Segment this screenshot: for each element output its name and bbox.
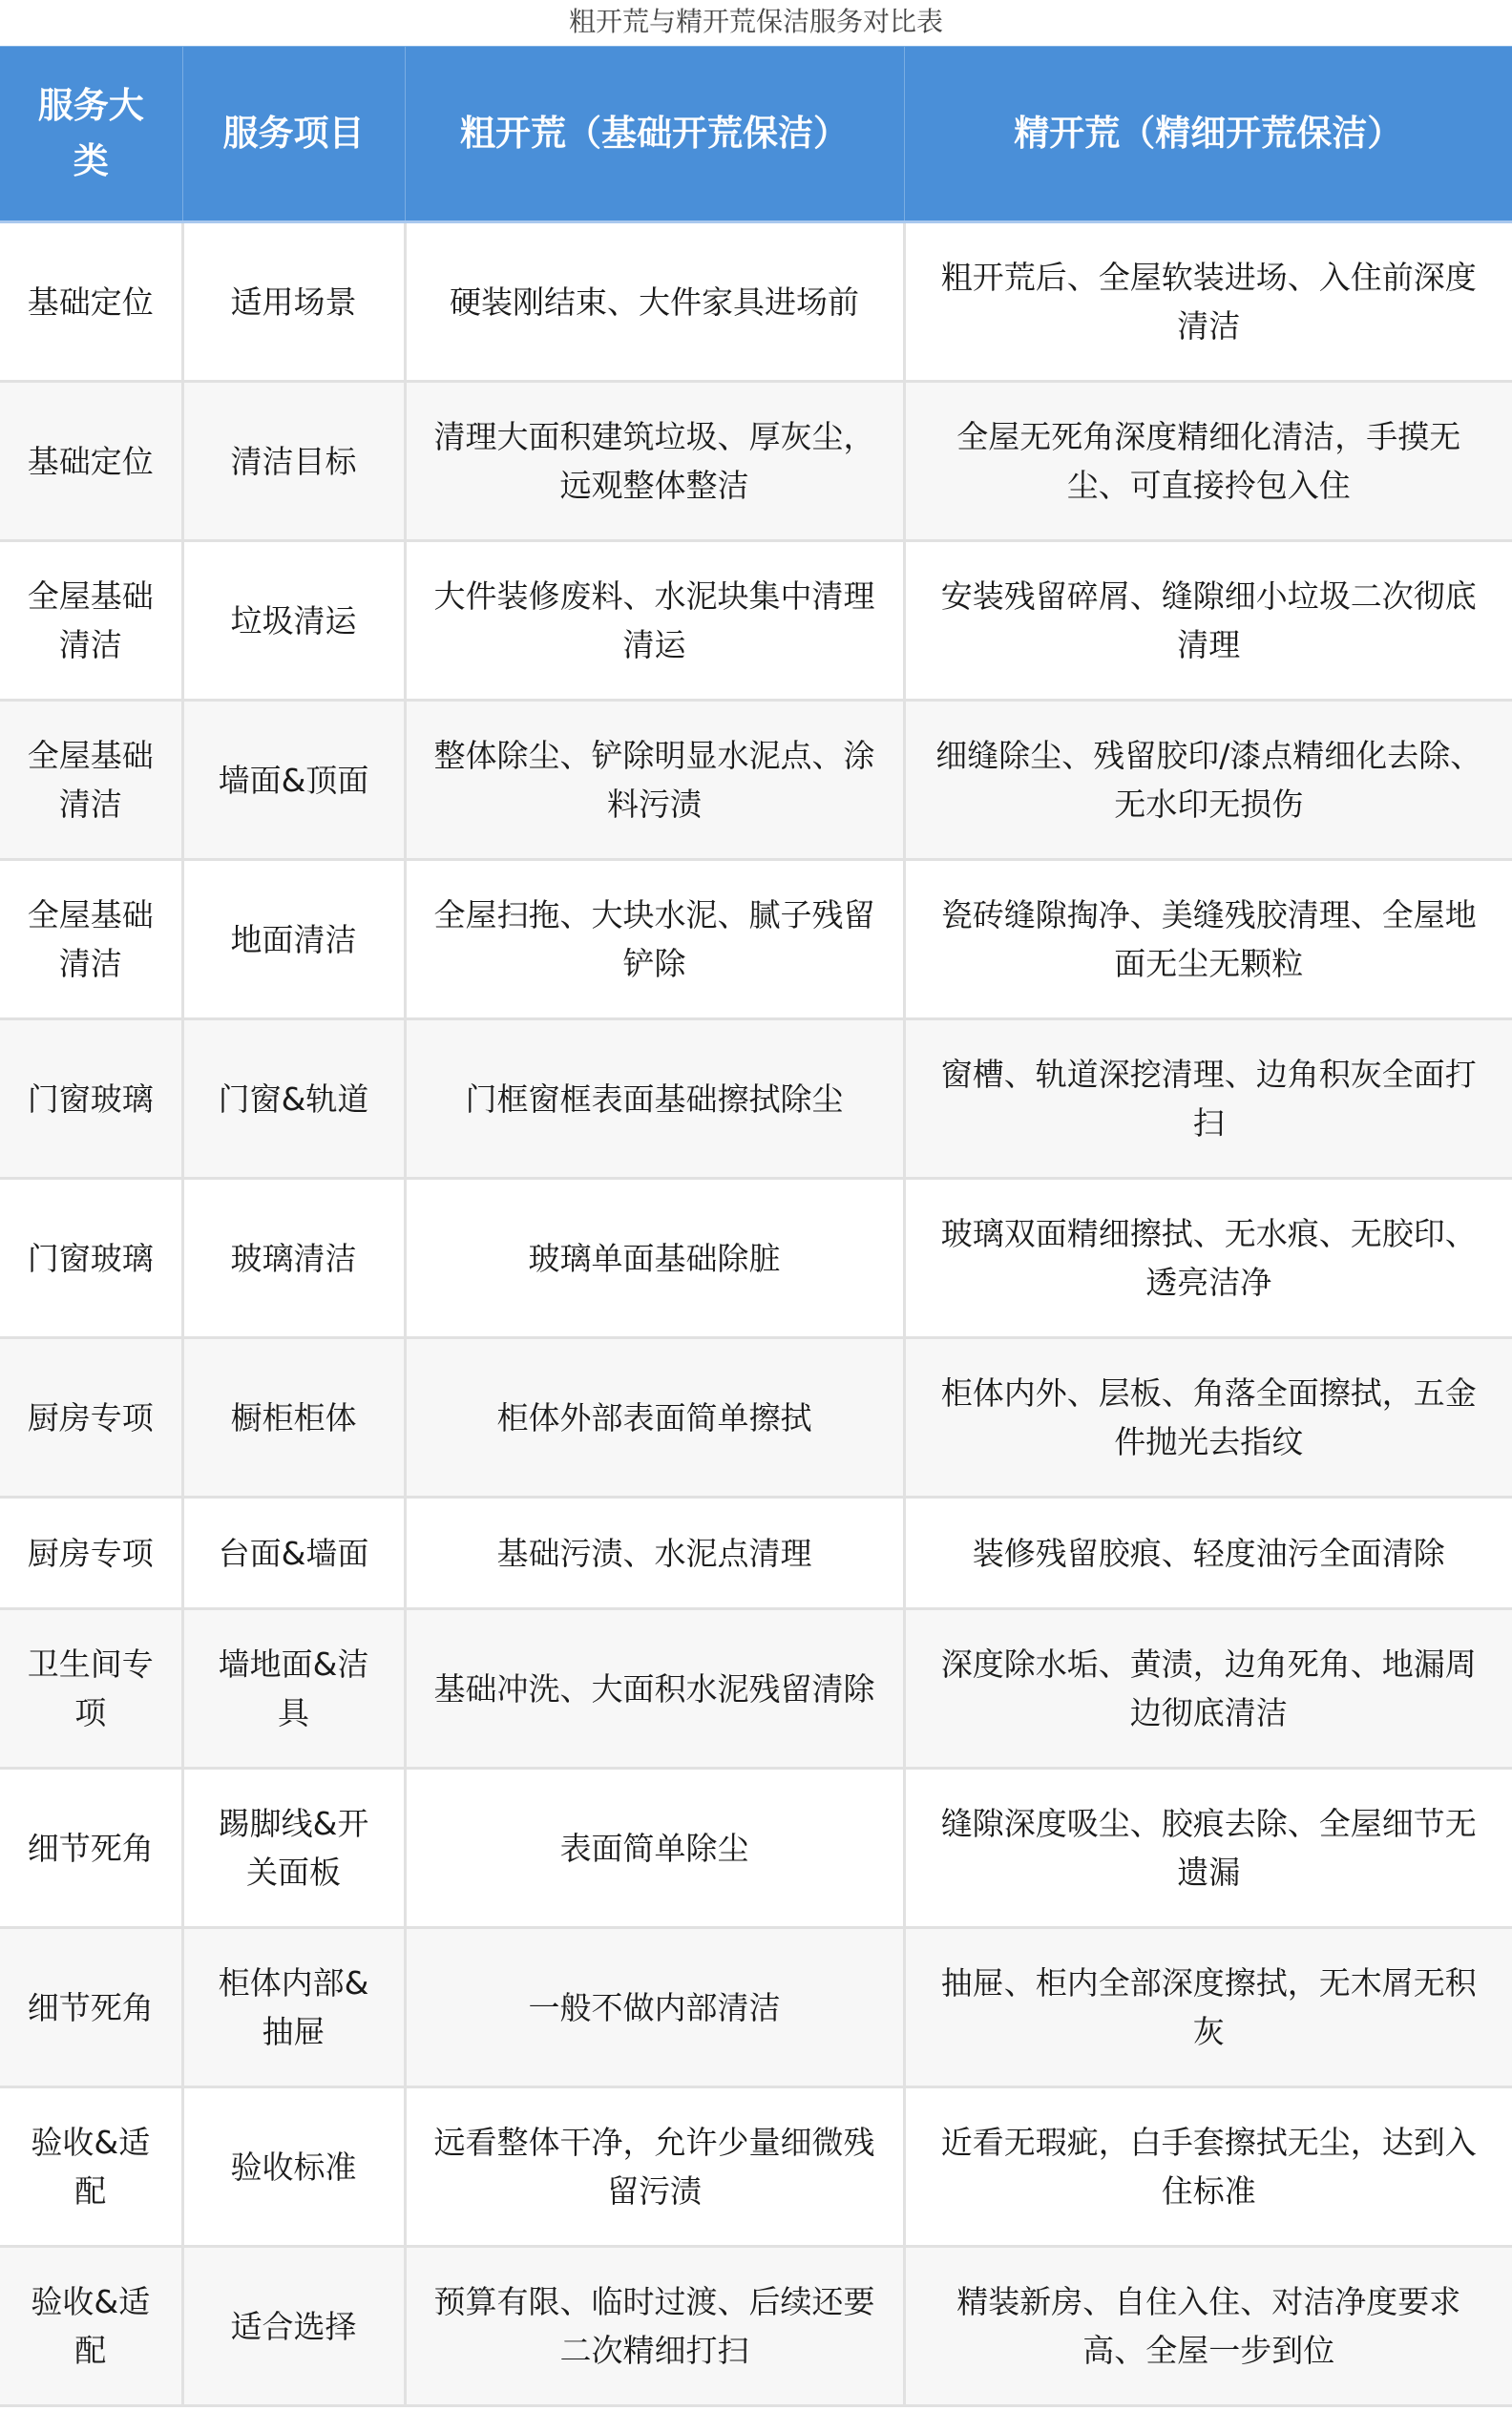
cell-category: 基础定位 [0, 382, 182, 541]
cell-basic: 整体除尘、铲除明显水泥点、涂料污渍 [405, 701, 904, 860]
cell-category: 门窗玻璃 [0, 1019, 182, 1179]
cell-item: 垃圾清运 [182, 541, 405, 701]
table-row: 细节死角 柜体内部&抽屉 一般不做内部清洁 抽屉、柜内全部深度擦拭，无木屑无积灰 [0, 1928, 1512, 2087]
cell-basic: 远看整体干净，允许少量细微残留污渍 [405, 2087, 904, 2247]
cell-category: 门窗玻璃 [0, 1179, 182, 1338]
cell-basic: 预算有限、临时过渡、后续还要二次精细打扫 [405, 2247, 904, 2406]
cell-fine: 深度除水垢、黄渍，边角死角、地漏周边彻底清洁 [904, 1609, 1512, 1769]
cell-item: 柜体内部&抽屉 [182, 1928, 405, 2087]
cell-category: 全屋基础清洁 [0, 541, 182, 701]
cell-basic: 门框窗框表面基础擦拭除尘 [405, 1019, 904, 1179]
cell-item: 门窗&轨道 [182, 1019, 405, 1179]
cell-fine: 缝隙深度吸尘、胶痕去除、全屋细节无遗漏 [904, 1769, 1512, 1928]
table-row: 厨房专项 橱柜柜体 柜体外部表面简单擦拭 柜体内外、层板、角落全面擦拭，五金件抛… [0, 1338, 1512, 1498]
cell-item: 验收标准 [182, 2087, 405, 2247]
table-row: 门窗玻璃 门窗&轨道 门框窗框表面基础擦拭除尘 窗槽、轨道深挖清理、边角积灰全面… [0, 1019, 1512, 1179]
header-service-item: 服务项目 [182, 47, 405, 222]
table-row: 门窗玻璃 玻璃清洁 玻璃单面基础除脏 玻璃双面精细擦拭、无水痕、无胶印、透亮洁净 [0, 1179, 1512, 1338]
cell-basic: 大件装修废料、水泥块集中清理清运 [405, 541, 904, 701]
cell-fine: 粗开荒后、全屋软装进场、入住前深度清洁 [904, 222, 1512, 382]
cell-fine: 窗槽、轨道深挖清理、边角积灰全面打扫 [904, 1019, 1512, 1179]
cell-category: 厨房专项 [0, 1498, 182, 1609]
cell-fine: 近看无瑕疵，白手套擦拭无尘，达到入住标准 [904, 2087, 1512, 2247]
cell-fine: 抽屉、柜内全部深度擦拭，无木屑无积灰 [904, 1928, 1512, 2087]
cell-category: 基础定位 [0, 222, 182, 382]
table-row: 全屋基础清洁 地面清洁 全屋扫拖、大块水泥、腻子残留铲除 瓷砖缝隙掏净、美缝残胶… [0, 860, 1512, 1019]
cell-category: 全屋基础清洁 [0, 701, 182, 860]
cell-category: 厨房专项 [0, 1338, 182, 1498]
cell-item: 适合选择 [182, 2247, 405, 2406]
cell-fine: 精装新房、自住入住、对洁净度要求高、全屋一步到位 [904, 2247, 1512, 2406]
cell-fine: 细缝除尘、残留胶印/漆点精细化去除、无水印无损伤 [904, 701, 1512, 860]
table-row: 卫生间专项 墙地面&洁具 基础冲洗、大面积水泥残留清除 深度除水垢、黄渍，边角死… [0, 1609, 1512, 1769]
cell-item: 清洁目标 [182, 382, 405, 541]
cell-category: 细节死角 [0, 1928, 182, 2087]
table-row: 基础定位 清洁目标 清理大面积建筑垃圾、厚灰尘，远观整体整洁 全屋无死角深度精细… [0, 382, 1512, 541]
cell-fine: 全屋无死角深度精细化清洁，手摸无尘、可直接拎包入住 [904, 382, 1512, 541]
cell-category: 验收&适配 [0, 2247, 182, 2406]
cell-fine: 安装残留碎屑、缝隙细小垃圾二次彻底清理 [904, 541, 1512, 701]
table-row: 全屋基础清洁 墙面&顶面 整体除尘、铲除明显水泥点、涂料污渍 细缝除尘、残留胶印… [0, 701, 1512, 860]
cell-basic: 基础污渍、水泥点清理 [405, 1498, 904, 1609]
table-row: 验收&适配 验收标准 远看整体干净，允许少量细微残留污渍 近看无瑕疵，白手套擦拭… [0, 2087, 1512, 2247]
table-header: 服务大类 服务项目 粗开荒（基础开荒保洁） 精开荒（精细开荒保洁） [0, 47, 1512, 222]
table-row: 细节死角 踢脚线&开关面板 表面简单除尘 缝隙深度吸尘、胶痕去除、全屋细节无遗漏 [0, 1769, 1512, 1928]
cell-basic: 清理大面积建筑垃圾、厚灰尘，远观整体整洁 [405, 382, 904, 541]
cell-item: 地面清洁 [182, 860, 405, 1019]
cell-fine: 装修残留胶痕、轻度油污全面清除 [904, 1498, 1512, 1609]
cell-basic: 硬装刚结束、大件家具进场前 [405, 222, 904, 382]
cell-category: 卫生间专项 [0, 1609, 182, 1769]
cell-item: 踢脚线&开关面板 [182, 1769, 405, 1928]
cell-item: 适用场景 [182, 222, 405, 382]
header-row: 服务大类 服务项目 粗开荒（基础开荒保洁） 精开荒（精细开荒保洁） [0, 47, 1512, 222]
cell-basic: 全屋扫拖、大块水泥、腻子残留铲除 [405, 860, 904, 1019]
cell-basic: 基础冲洗、大面积水泥残留清除 [405, 1609, 904, 1769]
cell-item: 台面&墙面 [182, 1498, 405, 1609]
cell-basic: 柜体外部表面简单擦拭 [405, 1338, 904, 1498]
cell-category: 验收&适配 [0, 2087, 182, 2247]
page-title: 粗开荒与精开荒保洁服务对比表 [0, 0, 1512, 46]
table-row: 基础定位 适用场景 硬装刚结束、大件家具进场前 粗开荒后、全屋软装进场、入住前深… [0, 222, 1512, 382]
table-body: 基础定位 适用场景 硬装刚结束、大件家具进场前 粗开荒后、全屋软装进场、入住前深… [0, 222, 1512, 2406]
cell-item: 墙面&顶面 [182, 701, 405, 860]
cell-basic: 表面简单除尘 [405, 1769, 904, 1928]
comparison-table: 服务大类 服务项目 粗开荒（基础开荒保洁） 精开荒（精细开荒保洁） 基础定位 适… [0, 46, 1512, 2407]
header-service-category: 服务大类 [0, 47, 182, 222]
cell-fine: 柜体内外、层板、角落全面擦拭，五金件抛光去指纹 [904, 1338, 1512, 1498]
table-row: 全屋基础清洁 垃圾清运 大件装修废料、水泥块集中清理清运 安装残留碎屑、缝隙细小… [0, 541, 1512, 701]
cell-item: 玻璃清洁 [182, 1179, 405, 1338]
cell-fine: 玻璃双面精细擦拭、无水痕、无胶印、透亮洁净 [904, 1179, 1512, 1338]
cell-item: 橱柜柜体 [182, 1338, 405, 1498]
cell-basic: 玻璃单面基础除脏 [405, 1179, 904, 1338]
cell-item: 墙地面&洁具 [182, 1609, 405, 1769]
table-row: 厨房专项 台面&墙面 基础污渍、水泥点清理 装修残留胶痕、轻度油污全面清除 [0, 1498, 1512, 1609]
header-basic-cleaning: 粗开荒（基础开荒保洁） [405, 47, 904, 222]
cell-basic: 一般不做内部清洁 [405, 1928, 904, 2087]
header-fine-cleaning: 精开荒（精细开荒保洁） [904, 47, 1512, 222]
cell-category: 细节死角 [0, 1769, 182, 1928]
cell-fine: 瓷砖缝隙掏净、美缝残胶清理、全屋地面无尘无颗粒 [904, 860, 1512, 1019]
table-row: 验收&适配 适合选择 预算有限、临时过渡、后续还要二次精细打扫 精装新房、自住入… [0, 2247, 1512, 2406]
cell-category: 全屋基础清洁 [0, 860, 182, 1019]
